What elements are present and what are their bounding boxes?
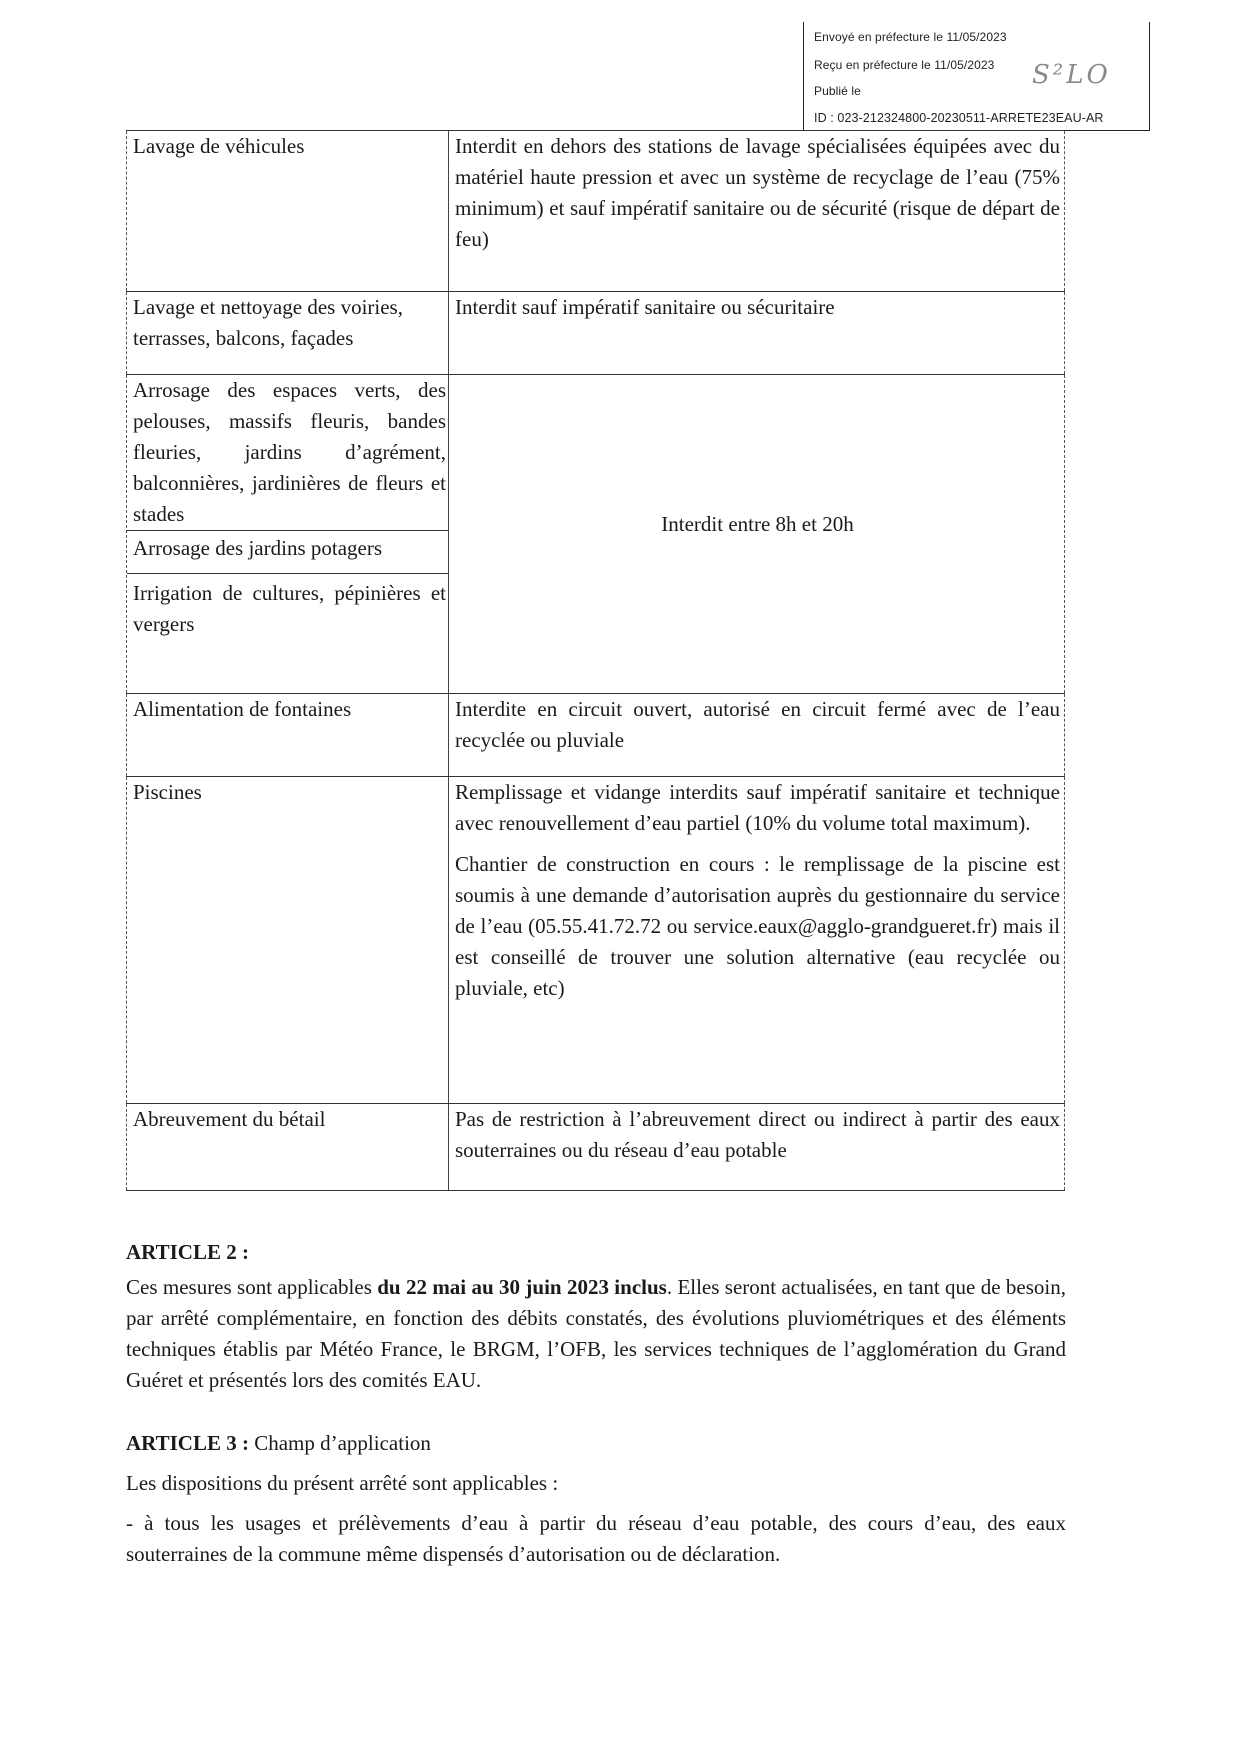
table-row: Arrosage des espaces verts, des pelouses… [126,374,1065,693]
rule-cell: Interdit sauf impératif sanitaire ou séc… [449,292,1065,374]
usage-cell: Lavage et nettoyage des voiries, terrass… [126,292,449,374]
stamp-signature: S²LO [1032,60,1111,90]
rule-paragraph: Remplissage et vidange interdits sauf im… [455,777,1060,839]
rule-cell: Interdite en circuit ouvert, autorisé en… [449,694,1065,776]
rule-cell: Remplissage et vidange interdits sauf im… [449,777,1065,1103]
table-row: Lavage de véhicules Interdit en dehors d… [126,130,1065,291]
article-3-intro: Les dispositions du présent arrêté sont … [126,1468,1066,1499]
stamp-id: ID : 023-212324800-20230511-ARRETE23EAU-… [814,111,1104,125]
stamp-received-date: Reçu en préfecture le 11/05/2023 [814,58,994,72]
article-3-label: ARTICLE 3 : [126,1431,249,1455]
table-row: Lavage et nettoyage des voiries, terrass… [126,291,1065,374]
usage-cell: Arrosage des jardins potagers [127,530,448,573]
article-3-heading: ARTICLE 3 : Champ d’application [126,1428,1066,1459]
article-2-dates: du 22 mai au 30 juin 2023 inclus [377,1275,667,1299]
restrictions-table: Lavage de véhicules Interdit en dehors d… [126,130,1065,1191]
usage-cell: Alimentation de fontaines [126,694,449,776]
table-row: Abreuvement du bétail Pas de restriction… [126,1103,1065,1191]
usage-cell: Abreuvement du bétail [126,1104,449,1190]
rule-cell: Interdit entre 8h et 20h [449,375,1065,693]
article-2-text-start: Ces mesures sont applicables [126,1275,377,1299]
prefecture-stamp: Envoyé en préfecture le 11/05/2023 Reçu … [803,22,1150,131]
article-3-subtitle: Champ d’application [249,1431,431,1455]
table-row: Piscines Remplissage et vidange interdit… [126,776,1065,1103]
usage-cell: Arrosage des espaces verts, des pelouses… [127,375,448,530]
usage-cell: Lavage de véhicules [126,131,449,291]
stamp-sent-date: Envoyé en préfecture le 11/05/2023 [814,30,1007,44]
article-3-bullet: - à tous les usages et prélèvements d’ea… [126,1508,1066,1570]
rule-cell: Pas de restriction à l’abreuvement direc… [449,1104,1065,1190]
rule-cell: Interdit en dehors des stations de lavag… [449,131,1065,291]
stamp-published: Publié le [814,84,861,98]
usage-group: Arrosage des espaces verts, des pelouses… [126,375,449,693]
article-2-heading: ARTICLE 2 : [126,1237,1066,1268]
rule-paragraph-construction: Chantier de construction en cours : le r… [455,849,1060,1004]
usage-cell: Piscines [126,777,449,1103]
usage-cell: Irrigation de cultures, pépinières et ve… [127,573,448,693]
article-2-text: Ces mesures sont applicables du 22 mai a… [126,1272,1066,1396]
table-row: Alimentation de fontaines Interdite en c… [126,693,1065,776]
